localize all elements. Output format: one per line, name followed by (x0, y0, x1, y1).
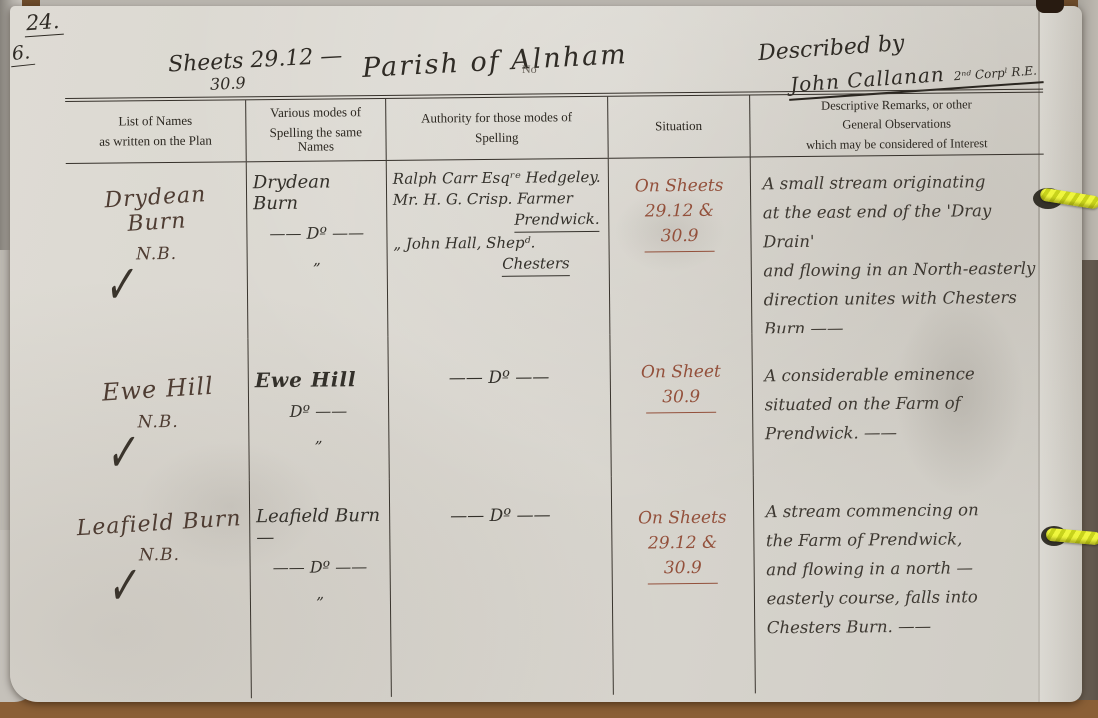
header-line: Spelling the same Names (252, 125, 379, 156)
remarks-line: direction unites with Chesters (764, 283, 1040, 315)
check-mark-icon: ✓ (67, 426, 245, 482)
column-header-situation: Situation (608, 95, 750, 157)
name-cell: Drydean Burn N.B. ✓ (66, 162, 249, 340)
situation-sheet-number: 30.9 (645, 224, 715, 253)
page-number: 24. (23, 9, 64, 38)
situation-line: 30.9 (615, 224, 744, 253)
scanned-record-book-photo: { "colors": { "paper": "#d8d5ce", "black… (0, 0, 1098, 718)
spelling-line: Ewe Hill (255, 367, 382, 392)
ditto-mark: —— Dº —— (253, 223, 380, 243)
authority-cell: Ralph Carr Esqʳᵉ Hedgeley. Mr. H. G. Cri… (386, 159, 610, 337)
remarks-cell: A small stream originating at the east e… (750, 155, 1045, 334)
header-line: which may be considered of Interest (806, 136, 988, 152)
column-header-spelling-modes: Various modes of Spelling the same Names (246, 99, 386, 161)
remarks-line: and flowing in a north — (766, 553, 1042, 585)
sheets-reference-line2: 30.9 (210, 73, 247, 94)
authority-line: Prendwick. (514, 209, 602, 233)
remarks-cell: A stream commencing on the Farm of Prend… (753, 473, 1048, 694)
remarks-line: easterly course, falls into (766, 582, 1042, 614)
authority-cell: —— Dº —— (390, 477, 614, 697)
ditto-quote: „ (255, 428, 382, 447)
spelling-line: Leafield Burn — (256, 505, 383, 548)
situation-line: 30.9 (617, 384, 746, 413)
remarks-line: situated on the Farm of (765, 388, 1041, 420)
table-row: Ewe Hill N.B. ✓ Ewe Hill Dº —— „ —— Dº —… (67, 331, 1046, 482)
header-line: as written on the Plan (99, 134, 212, 150)
situation-cell: On Sheet 30.9 (610, 333, 753, 476)
remarks-line: Chesters Burn. —— (767, 611, 1043, 643)
sheets-reference: Sheets 29.12 — (167, 43, 342, 77)
authority-line: Mr. H. G. Crisp. Farmer (393, 188, 602, 211)
table-row: Leafield Burn N.B. ✓ Leafield Burn — —— … (69, 473, 1049, 700)
header-line: Various modes of (270, 105, 361, 121)
remarks-line: Prendwick. —— (765, 417, 1041, 449)
situation-line: 29.12 & (615, 199, 744, 225)
column-header-remarks: Descriptive Remarks, or other General Ob… (750, 93, 1044, 157)
situation-line: 29.12 & (618, 530, 747, 556)
plan-name: Leafield Burn (75, 506, 244, 541)
remarks-line: and flowing in an North-easterly (763, 254, 1039, 286)
page-gap-notch (1036, 0, 1064, 13)
authority-cell: —— Dº —— (388, 335, 611, 479)
authority-place: Prendwick. (514, 209, 600, 233)
remarks-line: at the east end of the 'Dray Drain' (763, 196, 1039, 257)
situation-line: On Sheets (618, 505, 747, 531)
name-book-table: List of Names as written on the Plan Var… (65, 89, 1049, 700)
ditto-quote: „ (254, 250, 381, 269)
parish-title: Parish of Alnham (361, 39, 628, 84)
spelling-cell: Drydean Burn —— Dº —— „ (247, 161, 389, 338)
table-row: Drydean Burn N.B. ✓ Drydean Burn —— Dº —… (66, 155, 1046, 340)
spelling-line: Drydean Burn (253, 171, 380, 214)
describer-rank: 2ⁿᵈ Corpˡ R.E. (953, 64, 1037, 84)
column-header-authority: Authority for those modes of Spelling (386, 97, 609, 160)
ditto-mark: —— Dº —— (394, 367, 603, 390)
stamp-text: No (522, 62, 537, 77)
situation-cell: On Sheets 29.12 & 30.9 (612, 475, 756, 694)
header-line: General Observations (842, 117, 951, 132)
name-cell: Ewe Hill N.B. ✓ (67, 338, 249, 482)
ditto-mark: —— Dº —— (396, 505, 605, 528)
plan-name: Ewe Hill (73, 370, 242, 408)
ditto-mark: —— Dº —— (256, 557, 383, 577)
header-line: Authority for those modes of (421, 110, 572, 126)
header-line: Spelling (475, 131, 518, 146)
column-header-names: List of Names as written on the Plan (65, 100, 246, 163)
header-line: Situation (655, 119, 702, 134)
table-header-row: List of Names as written on the Plan Var… (65, 89, 1044, 164)
plan-name: Drydean Burn (71, 180, 242, 240)
spelling-cell: Ewe Hill Dº —— „ (248, 337, 389, 480)
situation-line: 30.9 (618, 555, 747, 584)
remarks-cell: A considerable eminence situated on the … (752, 331, 1047, 476)
check-mark-icon: ✓ (69, 559, 247, 615)
remarks-line: A considerable eminence (764, 359, 1040, 391)
authority-line: „ John Hall, Shepᵈ. (393, 232, 602, 255)
remarks-line: the Farm of Prendwick, (766, 524, 1042, 556)
header-line: Descriptive Remarks, or other (821, 97, 972, 113)
situation-line: On Sheets (615, 174, 744, 200)
authority-line: Ralph Carr Esqʳᵉ Hedgeley. (393, 167, 602, 190)
remarks-line: A small stream originating (762, 167, 1038, 199)
header-line: List of Names (118, 114, 192, 130)
ditto-quote: „ (257, 584, 384, 603)
spelling-cell: Leafield Burn — —— Dº —— „ (250, 479, 392, 698)
record-book-page: 24. 6. Sheets 29.12 — 30.9 Parish of Aln… (10, 6, 1082, 702)
situation-sheet-number: 30.9 (646, 385, 716, 414)
situation-sheet-number: 30.9 (648, 556, 718, 585)
page-number-secondary: 6. (10, 41, 35, 67)
remarks-line: A stream commencing on (766, 495, 1042, 527)
authority-place: Chesters (502, 253, 570, 277)
situation-line: On Sheet (616, 359, 745, 385)
authority-line: Chesters (502, 253, 603, 277)
described-by-label: Described by (757, 31, 905, 66)
ditto-mark: Dº —— (255, 401, 382, 421)
check-mark-icon: ✓ (66, 258, 244, 314)
name-cell: Leafield Burn N.B. ✓ (69, 480, 252, 700)
situation-cell: On Sheets 29.12 & 30.9 (608, 157, 751, 334)
